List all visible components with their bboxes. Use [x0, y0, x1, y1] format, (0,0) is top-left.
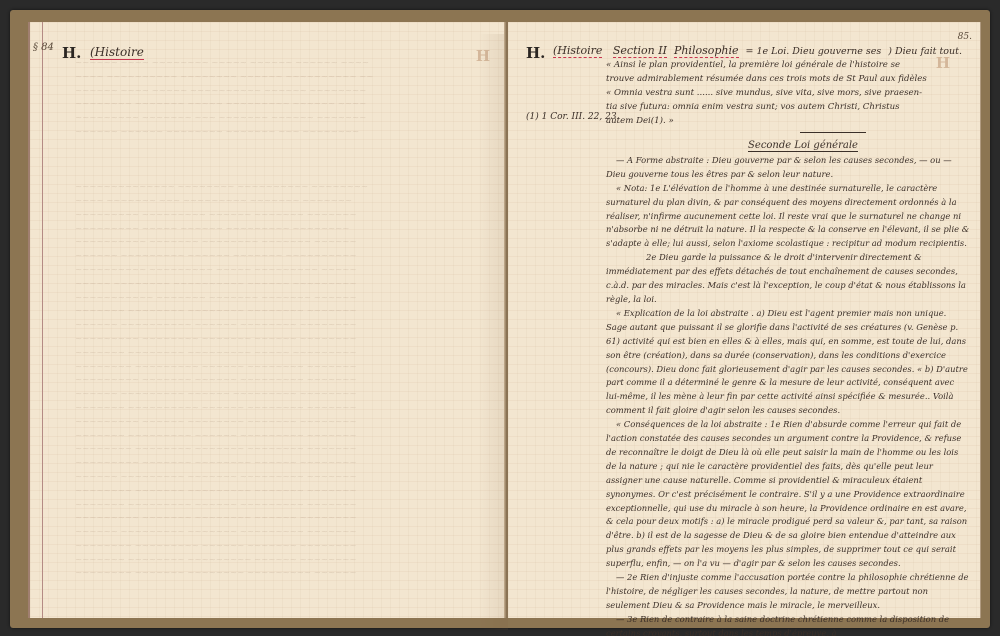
left-page: § 84 H. (Histoire H ~~~~~~ ~~~~ ~~~~~~~~… — [28, 22, 508, 618]
paragraph-explication: « Explication de la loi abstraite . a) D… — [606, 307, 970, 418]
section-letter: H. — [526, 44, 545, 62]
paragraph-second: — 2e Rien d'injuste comme l'accusation p… — [606, 571, 970, 613]
subheading: Seconde Loi générale — [606, 139, 970, 153]
section-divider — [800, 132, 866, 133]
paragraph-reference: § 84 — [33, 42, 54, 53]
section-a: — A Forme abstraite : Dieu gouverne par … — [606, 154, 970, 182]
body-text: Seconde Loi générale — A Forme abstraite… — [606, 139, 970, 636]
bleed-through-text: ~~~~~~ ~~~~ ~~~~~~~~ ~~~~~ ~~~~~~ ~~~~~~… — [75, 57, 375, 581]
quotation: « Ainsi le plan providentiel, la premièr… — [606, 58, 968, 128]
notebook-cover: § 84 H. (Histoire H ~~~~~~ ~~~~ ~~~~~~~~… — [10, 10, 990, 628]
paragraph-nota-2: 2e Dieu garde la puissance & le droit d'… — [606, 251, 970, 307]
paragraph-consequences: « Conséquences de la loi abstraite : 1e … — [606, 418, 970, 571]
page-header: (Histoire Section II Philosophie = 1e Lo… — [553, 44, 962, 57]
paragraph-third: — 3e Rien de contraire à la saine doctri… — [606, 613, 970, 636]
right-page: 85. H H. (Histoire Section II Philosophi… — [508, 22, 981, 618]
margin-rule — [42, 22, 43, 618]
page-number: 85. — [958, 32, 972, 42]
paragraph-nota: « Nota: 1e L'élévation de l'homme à une … — [606, 182, 970, 252]
